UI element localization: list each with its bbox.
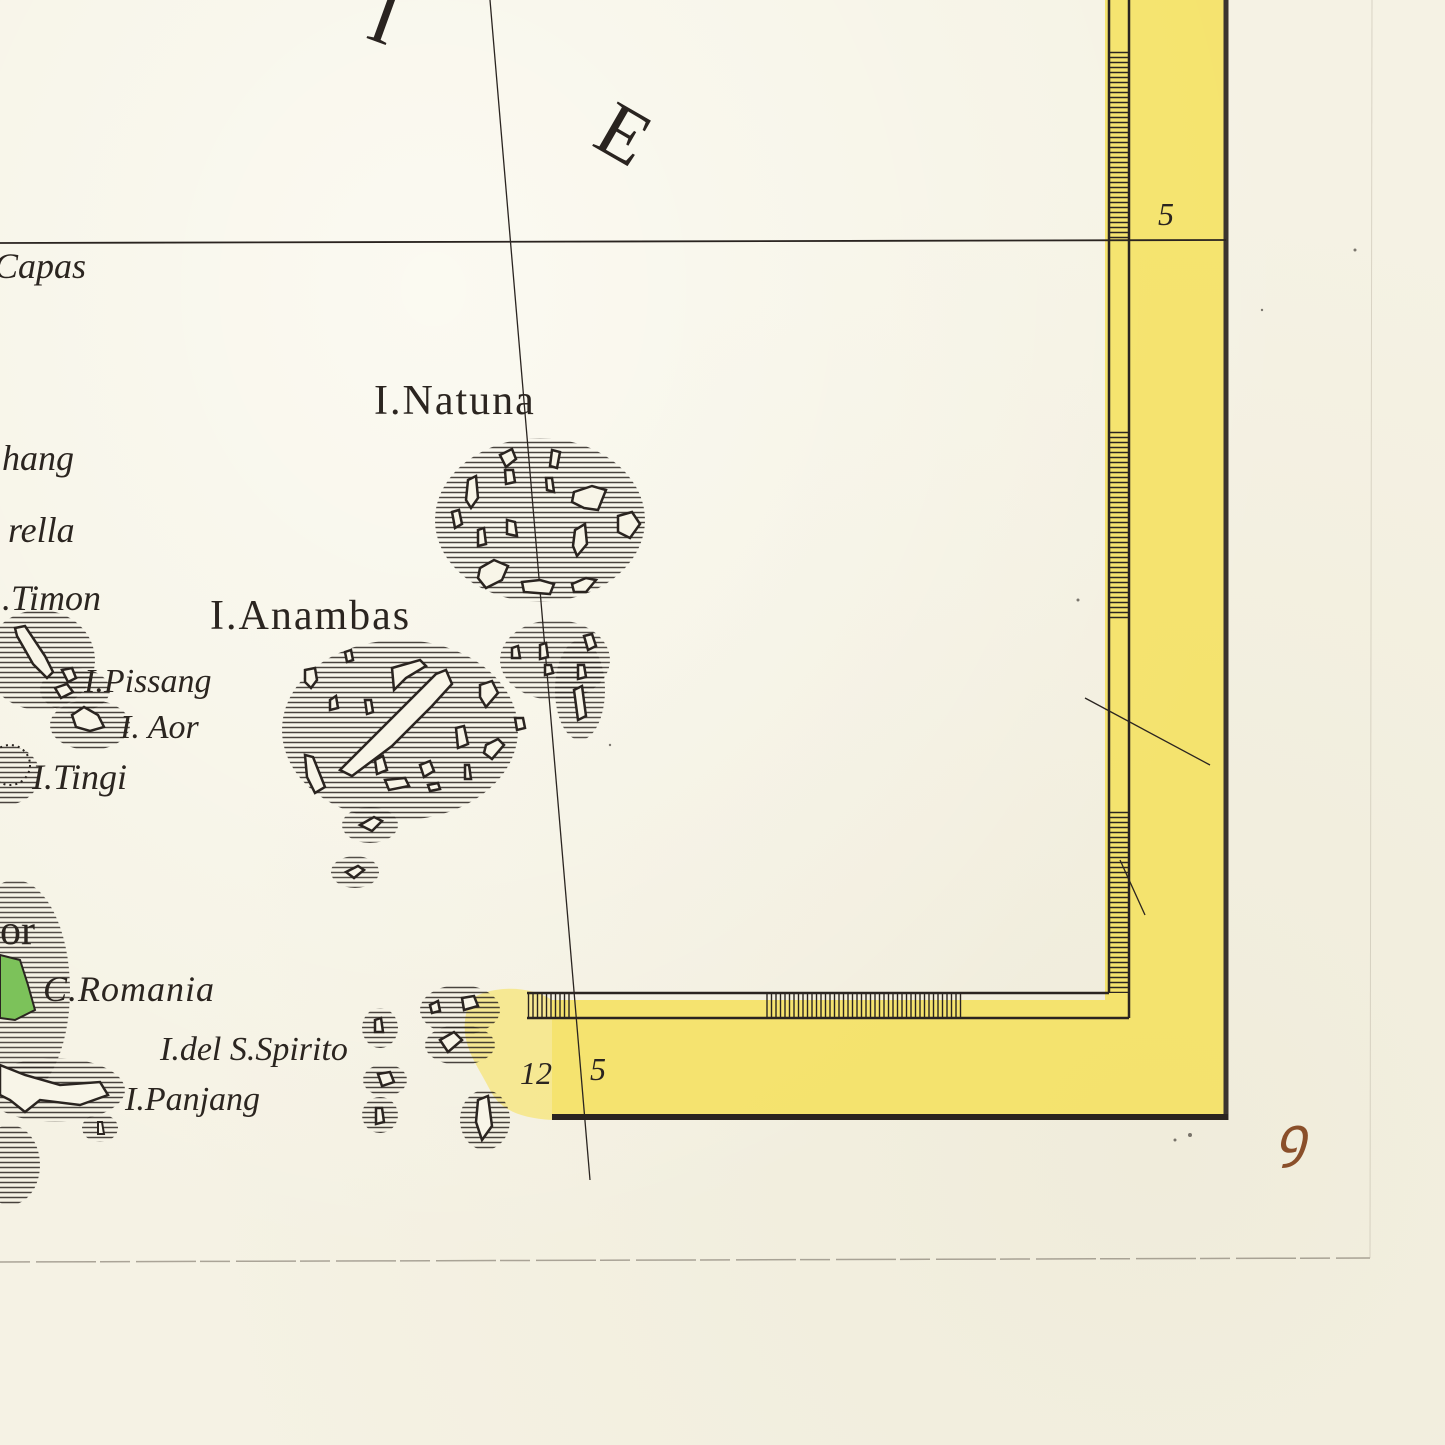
collector-mark: ꝯ — [1275, 1110, 1307, 1164]
label-anambas: I.Anambas — [210, 595, 411, 637]
label-pissang: I.Pissang — [84, 665, 212, 699]
label-natuna: I.Natuna — [374, 380, 536, 422]
map-canvas — [0, 0, 1445, 1445]
anambas-islands — [282, 620, 610, 888]
label-johor: or — [0, 910, 35, 952]
label-varella: rella — [8, 512, 75, 548]
longitude-label-right: 5 — [590, 1053, 606, 1085]
label-spirito: I.del S.Spirito — [160, 1033, 348, 1067]
natuna-islands — [435, 438, 645, 602]
label-tingi: I.Tingi — [32, 759, 127, 795]
label-aor: I. Aor — [120, 711, 199, 745]
label-panjang: I.Panjang — [125, 1083, 260, 1117]
latitude-label: 5 — [1158, 198, 1174, 230]
longitude-label-left: 12 — [520, 1057, 552, 1089]
label-romania: C.Romania — [43, 971, 215, 1007]
label-capas: Capas — [0, 248, 86, 284]
label-timon: .Timon — [2, 580, 101, 616]
label-pahang: hang — [2, 440, 74, 476]
